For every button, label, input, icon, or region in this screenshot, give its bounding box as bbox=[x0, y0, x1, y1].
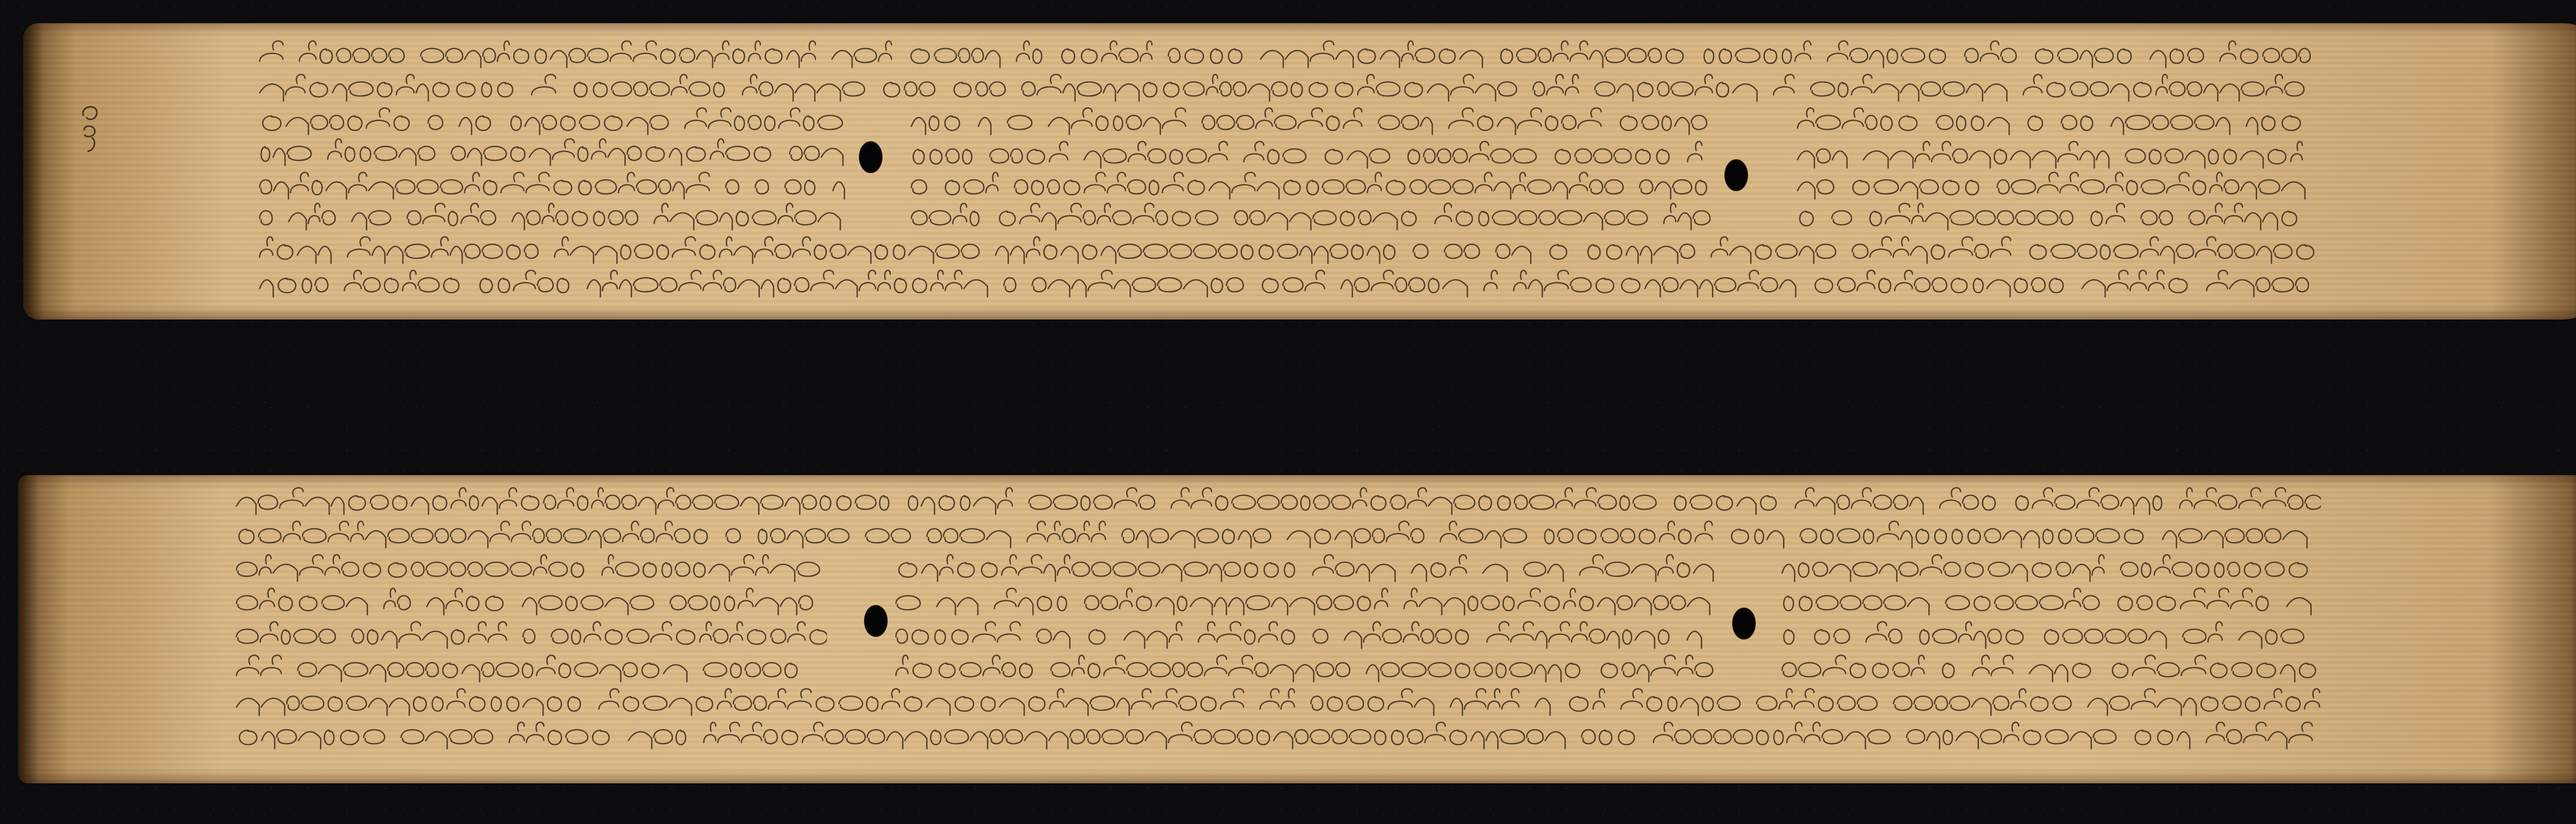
script-line bbox=[234, 485, 2321, 516]
script-line bbox=[1795, 170, 2311, 201]
leaf-edge-right bbox=[2573, 23, 2576, 319]
script-line bbox=[1780, 586, 2321, 617]
script-line bbox=[258, 268, 2318, 299]
palm-leaf-top: ဂ ဦ bbox=[23, 23, 2576, 319]
script-line bbox=[1780, 619, 2321, 650]
script-line bbox=[909, 201, 1718, 232]
script-line bbox=[1795, 201, 2311, 232]
palm-leaf-bottom bbox=[18, 475, 2576, 783]
string-hole bbox=[1724, 159, 1748, 191]
string-hole bbox=[1732, 608, 1756, 640]
string-hole bbox=[859, 141, 883, 173]
script-line bbox=[234, 519, 2321, 550]
script-line bbox=[909, 170, 1718, 201]
script-line bbox=[234, 619, 827, 650]
script-line bbox=[258, 106, 850, 137]
script-line bbox=[894, 619, 1718, 650]
script-line bbox=[909, 106, 1718, 137]
script-line bbox=[1780, 552, 2321, 583]
leaf-edge-left bbox=[23, 23, 44, 319]
script-line bbox=[909, 139, 1718, 170]
script-line bbox=[258, 39, 2318, 70]
script-line bbox=[258, 170, 850, 201]
string-hole bbox=[864, 605, 888, 637]
script-line bbox=[258, 72, 2318, 103]
leaf-edge-right bbox=[2571, 475, 2576, 783]
folio-number-mark: ဂ ဦ bbox=[77, 100, 103, 157]
leaf-edge-left bbox=[18, 475, 39, 783]
script-line bbox=[258, 137, 850, 167]
script-line bbox=[258, 234, 2318, 265]
script-line bbox=[234, 552, 827, 583]
script-line bbox=[258, 201, 850, 232]
script-line bbox=[1795, 106, 2311, 137]
script-line bbox=[234, 586, 827, 617]
script-line bbox=[1780, 653, 2321, 684]
script-line bbox=[894, 586, 1718, 617]
script-line bbox=[234, 686, 2321, 717]
script-line bbox=[1795, 139, 2311, 170]
script-line bbox=[234, 653, 827, 684]
script-line bbox=[234, 720, 2321, 751]
script-line bbox=[894, 552, 1718, 583]
script-line bbox=[894, 653, 1718, 684]
